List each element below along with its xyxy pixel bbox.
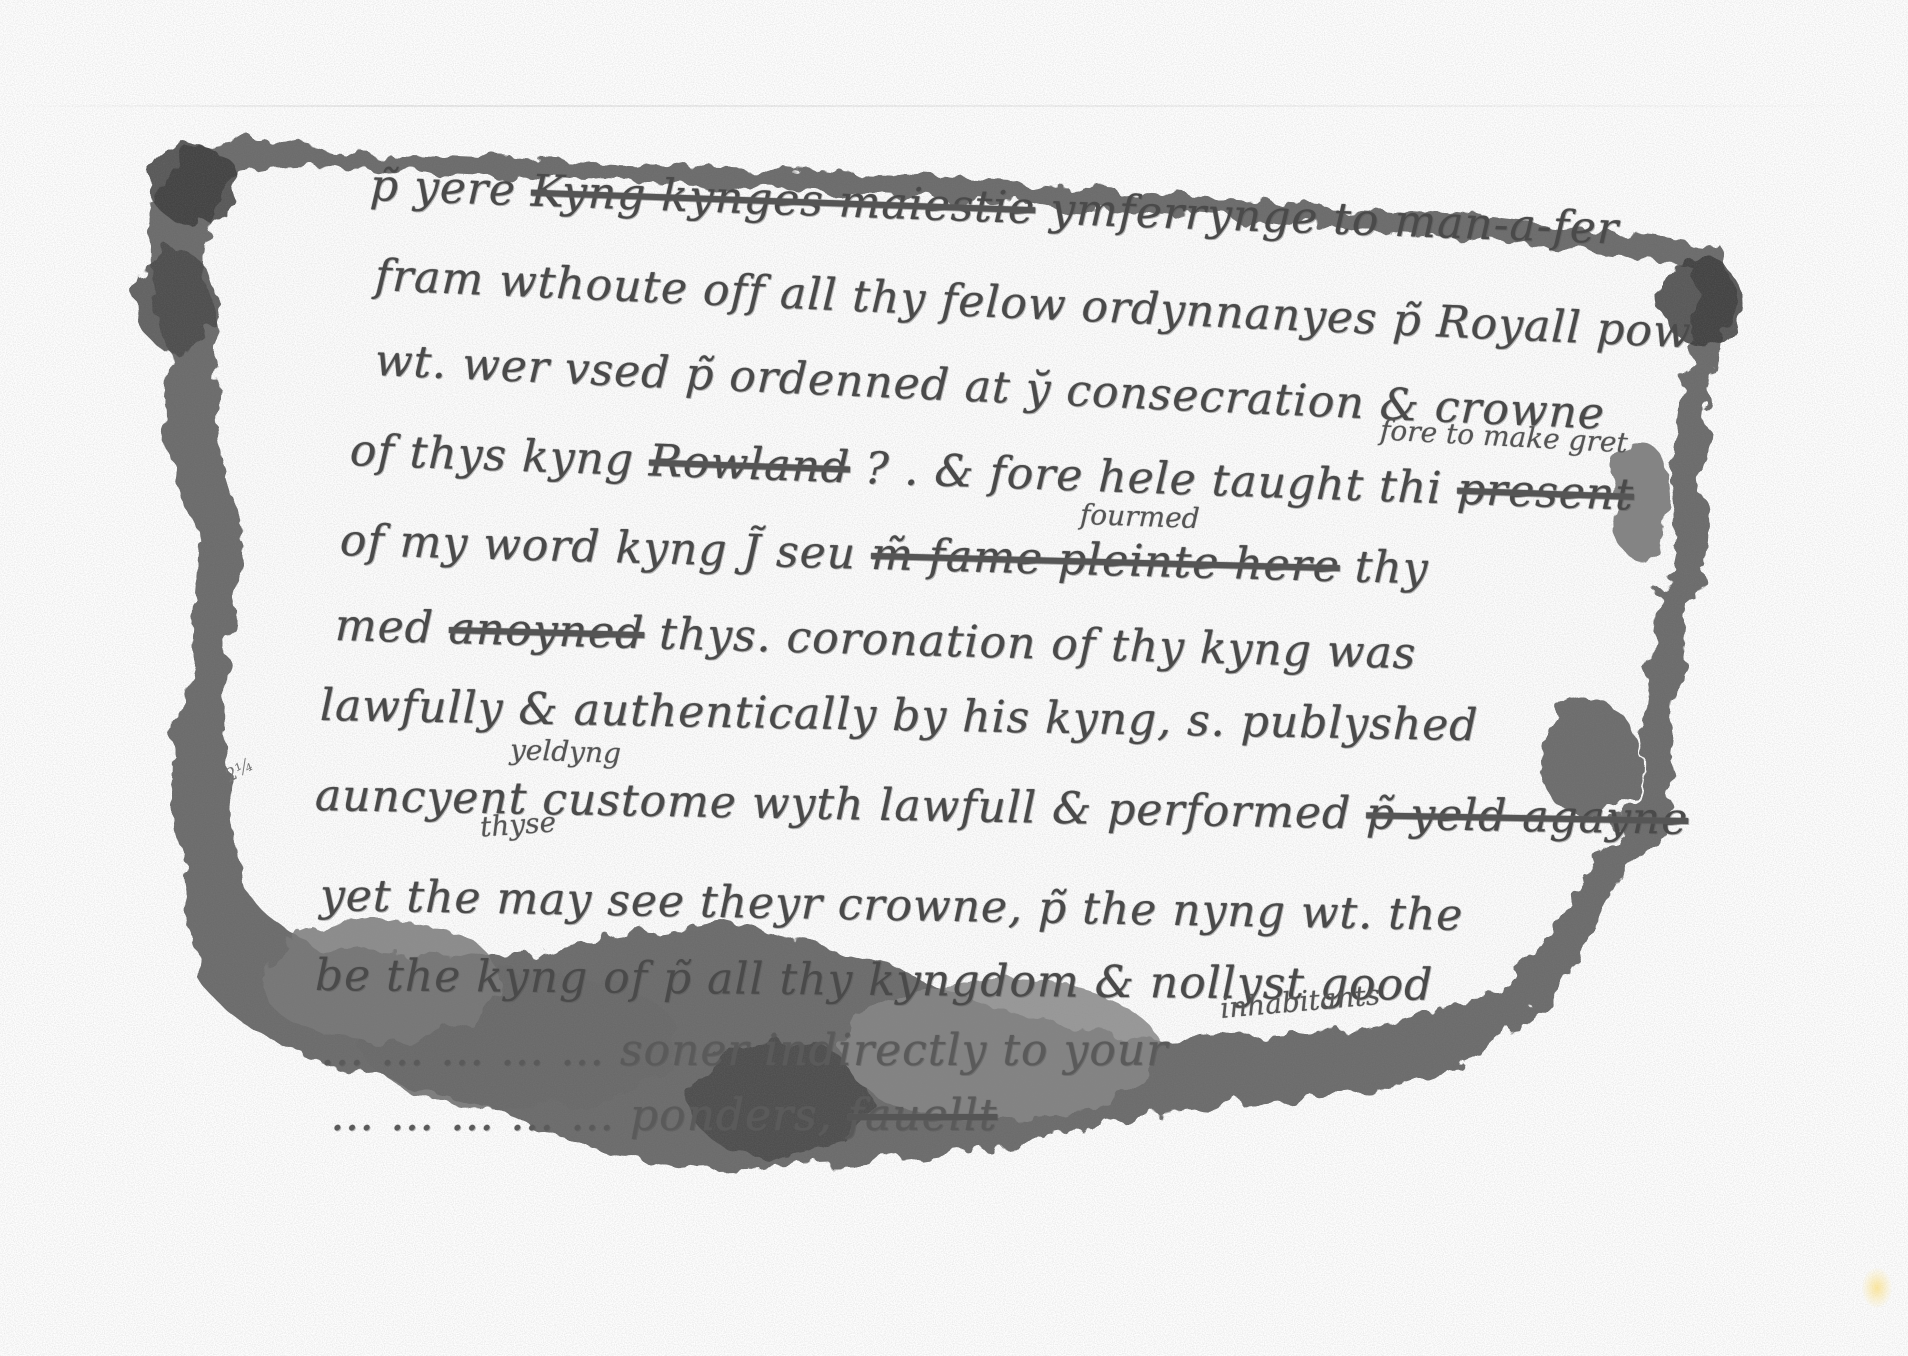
manuscript-text: … … … … … ponders, — [330, 1090, 833, 1141]
struck-text: anoyned — [448, 603, 645, 659]
struck-text: Rowland — [648, 435, 851, 493]
yellow-stain — [1862, 1268, 1892, 1308]
interlinear-insertion: thyse — [479, 805, 557, 843]
manuscript-line-11: … … … … … soner indirectly to your — [320, 1025, 1168, 1076]
struck-text: fauellt — [848, 1090, 998, 1141]
manuscript-line-12: … … … … … ponders, fauellt — [330, 1090, 997, 1141]
interlinear-insertion: yeldyng — [509, 733, 621, 770]
manuscript-text: p̃ yere — [369, 160, 517, 216]
interlinear-insertion: fourmed — [1079, 498, 1200, 535]
struck-text: p̃ yeld agayne — [1366, 788, 1689, 845]
manuscript-text: of thys kyng — [349, 425, 635, 486]
struck-text: present — [1456, 464, 1635, 521]
manuscript-text: … … … … … soner indirectly to your — [320, 1025, 1168, 1076]
manuscript-text: thy — [1354, 542, 1429, 595]
manuscript-text: med — [334, 600, 434, 654]
photocopy-page: p̃ yere Kyng kynges maiestie ymferrynge … — [0, 0, 1908, 1356]
